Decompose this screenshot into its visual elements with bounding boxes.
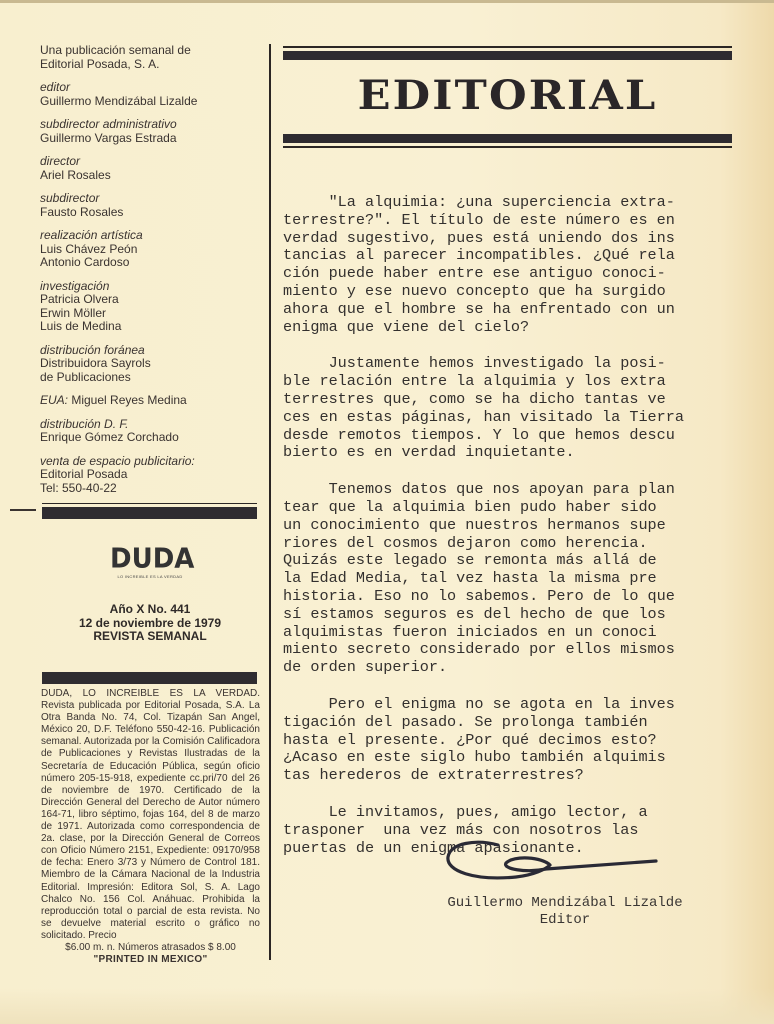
issue-info: Año X No. 441 12 de noviembre de 1979 RE…	[40, 603, 260, 644]
credit-inline: EUA: Miguel Reyes Medina	[40, 394, 262, 408]
paragraph: "La alquimia: ¿una superciencia extra- t…	[283, 194, 723, 336]
credit-block: venta de espacio publicitario:Editorial …	[40, 455, 262, 496]
duda-logo: DUDA LO INCREIBLE ES LA VERDAD	[110, 546, 190, 579]
credit-name: Erwin Möller	[40, 307, 262, 321]
masthead-intro: Una publicación semanal de Editorial Pos…	[40, 44, 262, 71]
editorial-title: EDITORIAL	[265, 70, 750, 122]
page-top-edge	[0, 0, 774, 3]
printed-in-mexico: "PRINTED IN MEXICO"	[41, 954, 260, 966]
credit-block: subdirector administrativoGuillermo Varg…	[40, 118, 262, 145]
legal-price: $6.00 m. n. Números atrasados $ 8.00	[41, 942, 260, 954]
paragraph: Pero el enigma no se agota en la inves t…	[283, 696, 723, 785]
margin-mark	[10, 509, 36, 511]
issue-number: Año X No. 441	[40, 603, 260, 617]
legal-notice: DUDA, LO INCREIBLE ES LA VERDAD. Revista…	[41, 688, 260, 966]
credit-block: directorAriel Rosales	[40, 155, 262, 182]
credit-block: distribución D. F.Enrique Gómez Corchado	[40, 418, 262, 445]
credit-role: investigación	[40, 280, 262, 294]
issue-type: REVISTA SEMANAL	[40, 630, 260, 644]
credit-role: subdirector	[40, 192, 262, 206]
credit-name: Distribuidora Sayrols	[40, 357, 262, 371]
credit-role: venta de espacio publicitario:	[40, 455, 262, 469]
intro-line: Editorial Posada, S. A.	[40, 58, 262, 72]
intro-line: Una publicación semanal de	[40, 44, 262, 58]
credit-role: director	[40, 155, 262, 169]
logo-tagline: LO INCREIBLE ES LA VERDAD	[110, 574, 190, 579]
left-separator-bar	[42, 503, 257, 519]
logo-wordmark: DUDA	[110, 545, 190, 572]
masthead: Una publicación semanal de Editorial Pos…	[40, 44, 262, 505]
title-bar-top	[283, 51, 732, 60]
credit-role: EUA:	[40, 393, 71, 407]
credit-name: Guillermo Mendizábal Lizalde	[40, 95, 262, 109]
credit-name: Miguel Reyes Medina	[71, 393, 186, 407]
credit-role: distribución foránea	[40, 344, 262, 358]
title-rule-bottom	[283, 146, 732, 148]
credit-block: realización artísticaLuis Chávez PeónAnt…	[40, 229, 262, 270]
left-separator-bar-2	[42, 672, 257, 684]
editorial-article: "La alquimia: ¿una superciencia extra- t…	[283, 194, 723, 876]
credit-name: Antonio Cardoso	[40, 256, 262, 270]
signature-block: Guillermo Mendizábal Lizalde Editor	[405, 895, 725, 929]
legal-body: Revista publicada por Editorial Posada, …	[41, 700, 260, 941]
signature-icon	[446, 837, 661, 887]
issue-date: 12 de noviembre de 1979	[40, 617, 260, 631]
credits-list: editorGuillermo Mendizábal Lizaldesubdir…	[40, 81, 262, 495]
credit-block: editorGuillermo Mendizábal Lizalde	[40, 81, 262, 108]
credit-role: distribución D. F.	[40, 418, 262, 432]
credit-name: de Publicaciones	[40, 371, 262, 385]
credit-block: EUA: Miguel Reyes Medina	[40, 394, 262, 408]
credit-name: Fausto Rosales	[40, 206, 262, 220]
title-rule-top	[283, 46, 732, 48]
column-divider	[269, 44, 271, 960]
credit-name: Enrique Gómez Corchado	[40, 431, 262, 445]
credit-block: subdirectorFausto Rosales	[40, 192, 262, 219]
legal-first-line: DUDA, LO INCREIBLE ES LA VERDAD.	[41, 688, 260, 700]
credit-block: investigaciónPatricia OlveraErwin Möller…	[40, 280, 262, 334]
magazine-page: Una publicación semanal de Editorial Pos…	[0, 0, 774, 1024]
paragraph: Justamente hemos investigado la posi- bl…	[283, 355, 723, 462]
credit-name: Editorial Posada	[40, 468, 262, 482]
credit-role: editor	[40, 81, 262, 95]
credit-block: distribución foráneaDistribuidora Sayrol…	[40, 344, 262, 385]
signature-title: Editor	[405, 912, 725, 929]
credit-role: realización artística	[40, 229, 262, 243]
credit-name: Tel: 550-40-22	[40, 482, 262, 496]
paragraph: Tenemos datos que nos apoyan para plan t…	[283, 481, 723, 677]
title-bar-bottom	[283, 134, 732, 143]
credit-name: Guillermo Vargas Estrada	[40, 132, 262, 146]
credit-name: Luis de Medina	[40, 320, 262, 334]
signature-name: Guillermo Mendizábal Lizalde	[405, 895, 725, 912]
credit-role: subdirector administrativo	[40, 118, 262, 132]
credit-name: Ariel Rosales	[40, 169, 262, 183]
credit-name: Luis Chávez Peón	[40, 243, 262, 257]
credit-name: Patricia Olvera	[40, 293, 262, 307]
